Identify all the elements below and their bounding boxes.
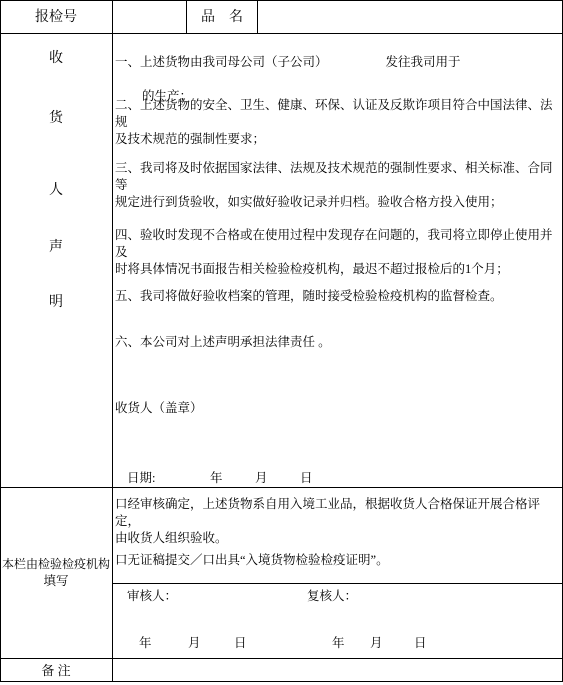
product-name-label: 品 名 [187,1,257,33]
auditor-year-label: 年 [139,635,152,652]
declaration-item-5: 五、我司将做好验收档案的管理，随时接受检验检疫机构的监督检查。 [115,288,562,305]
agency-side-label-line2: 填写 [43,573,68,590]
agency-option-conformity: 口经审核确定，上述货物系自用入境工业品，根据收货人合格保证开展合格评定， 由收货… [115,496,562,547]
agency-signature-area: 审核人： 复核人： 年 月 日 年 月 日 [113,584,562,658]
reviewer-year-label: 年 [332,635,345,652]
date-label: 日期: [127,470,155,487]
day-label: 日 [300,470,313,487]
auditor-day-label: 日 [234,635,247,652]
auditor-month-label: 月 [188,635,201,652]
consignee-seal-label: 收货人（盖章） [115,400,562,417]
year-label: 年 [210,470,223,487]
side-char-shou: 收 [0,51,112,67]
side-char-sheng: 声 [0,240,112,256]
declaration-form: 报检号 品 名 收 货 人 声 明 一、上述货物由我司母公司（子公司）发往我司用… [0,0,563,685]
reviewer-label: 复核人： [307,588,357,605]
agency-options-area: 口经审核确定，上述货物系自用入境工业品，根据收货人合格保证开展合格评定， 由收货… [113,488,562,583]
remarks-value-field[interactable] [113,659,561,681]
product-name-value-field[interactable] [258,1,561,33]
remarks-label: 备 注 [0,659,112,681]
item1-text-after-blank: 发往我司用于 [386,55,461,69]
side-char-ming: 明 [0,295,112,311]
declaration-item-6: 六、本公司对上述声明承担法律责任 。 [115,334,562,351]
report-no-value-field[interactable] [113,1,186,33]
item1-first-line: 一、上述货物由我司母公司（子公司）发往我司用于 [115,54,562,71]
consignee-date-row: 日期: 年 月 日 [113,470,562,487]
auditor-label: 审核人： [127,588,177,605]
declaration-item-3: 三、我司将及时依据国家法律、法规及技术规范的强制性要求、相关标准、合同等 规定进… [115,160,562,211]
declaration-item-2: 二、上述货物的安全、卫生、健康、环保、认证及反欺诈项目符合中国法律、法规 及技术… [115,97,562,148]
declaration-body: 一、上述货物由我司母公司（子公司）发往我司用于 的生产； 二、上述货物的安全、卫… [113,34,562,487]
agency-side-label-line1: 本栏由检验检疫机构 [2,556,110,573]
side-char-ren: 人 [0,183,112,199]
agency-section-side-label: 本栏由检验检疫机构 填写 [0,488,112,658]
month-label: 月 [255,470,268,487]
agency-sign-names-row: 审核人： 复核人： [113,588,562,605]
declaration-item-4: 四、验收时发现不合格或在使用过程中发现存在问题的，我司将立即停止使用并及 时将具… [115,227,562,278]
consignee-declaration-side-label: 收 货 人 声 明 [0,34,112,487]
reviewer-month-label: 月 [370,635,383,652]
side-char-huo: 货 [0,111,112,127]
agency-sign-dates-row: 年 月 日 年 月 日 [113,635,562,652]
reviewer-day-label: 日 [414,635,427,652]
item1-text-before-blank: 一、上述货物由我司母公司（子公司） [115,55,328,69]
agency-option-certificate: 口无证稿提交／口出具“入境货物检验检疫证明”。 [115,552,562,569]
report-no-label: 报检号 [0,1,112,33]
